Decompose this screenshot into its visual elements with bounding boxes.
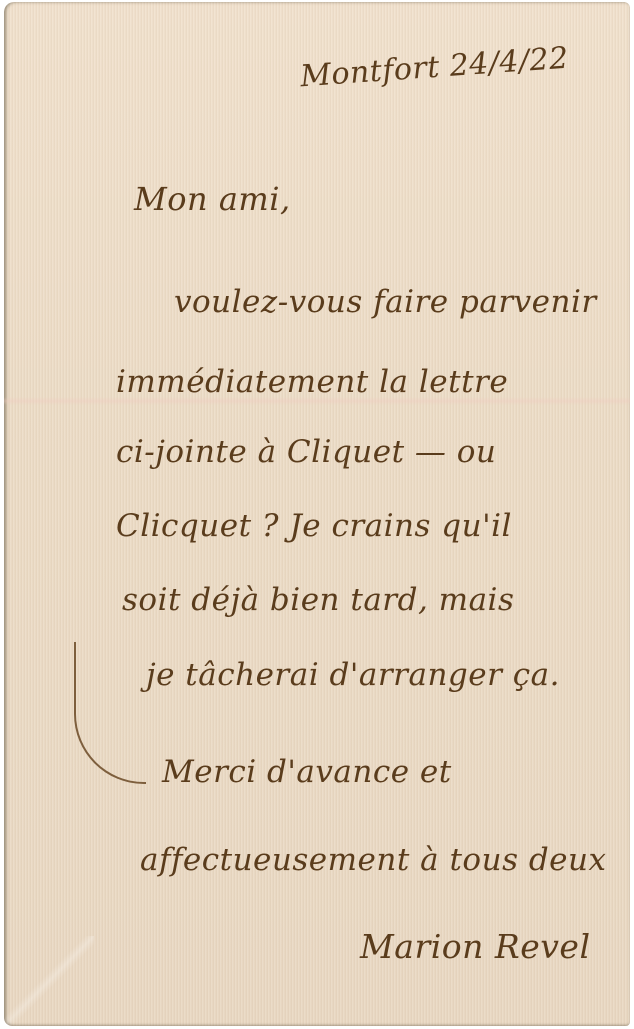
letter-salutation: Mon ami, [134, 180, 291, 218]
letter-body-line: ci-jointe à Cliquet — ou [116, 434, 496, 470]
letter-body-line: soit déjà bien tard, mais [122, 582, 514, 618]
letter-signature: Marion Revel [360, 927, 591, 966]
letter-dateline: Montfort 24/4/22 [299, 41, 570, 95]
letter-body-line: voulez-vous faire parvenir [174, 284, 597, 320]
letter-sheet: Montfort 24/4/22 Mon ami, voulez-vous fa… [4, 2, 630, 1026]
letter-body-line: immédiatement la lettre [116, 364, 508, 400]
ink-flourish-icon [74, 642, 146, 784]
letter-body-line: je tâcherai d'arranger ça. [146, 657, 560, 693]
letter-closing-line: Merci d'avance et [162, 754, 452, 790]
paper-corner-crease [4, 936, 94, 1026]
letter-body-line: Clicquet ? Je crains qu'il [116, 508, 512, 544]
letter-closing-line: affectueusement à tous deux [140, 842, 606, 878]
